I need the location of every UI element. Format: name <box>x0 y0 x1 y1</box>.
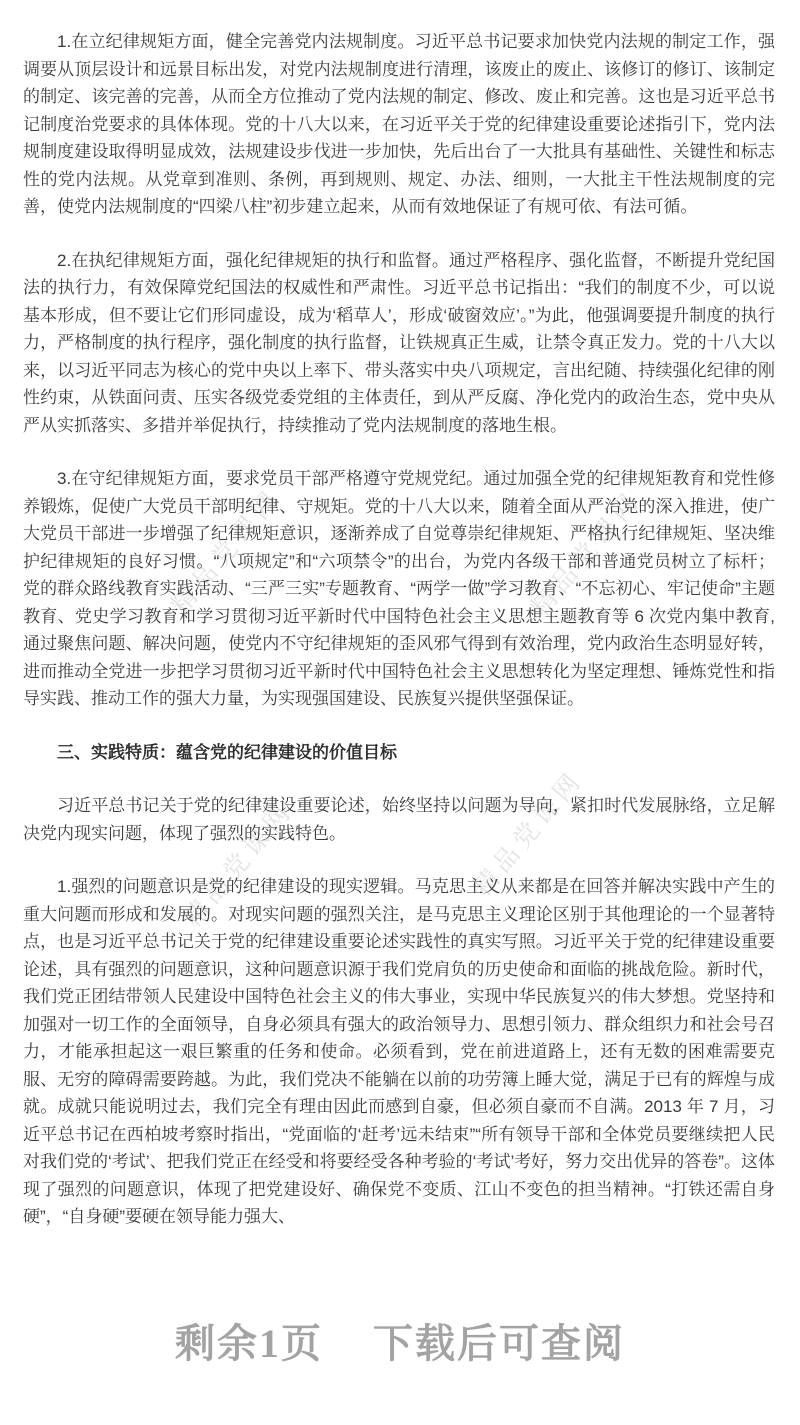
document-page: 精品党课网 精品党课网 精品党课网 精品党课网 1.在立纪律规矩方面，健全完善党… <box>0 0 800 1425</box>
remaining-pages-text: 剩余1页 <box>175 1321 323 1366</box>
document-body: 1.在立纪律规矩方面，健全完善党内法规制度。习近平总书记要求加快党内法规的制定工… <box>0 0 800 1231</box>
section-heading: 三、实践特质：蕴含党的纪律建设的价值目标 <box>23 739 775 767</box>
paragraph-discipline-rule-making: 1.在立纪律规矩方面，健全完善党内法规制度。习近平总书记要求加快党内法规的制定工… <box>23 28 775 221</box>
remaining-pages-banner: 剩余1页 下载后可查阅 <box>0 1312 800 1369</box>
download-hint-text: 下载后可查阅 <box>373 1321 625 1366</box>
paragraph-problem-awareness: 1.强烈的问题意识是党的纪律建设的现实逻辑。马克思主义从来都是在回答并解决实践中… <box>23 873 775 1231</box>
paragraph-discipline-observance: 3.在守纪律规矩方面，要求党员干部严格遵守党规党纪。通过加强全党的纪律规矩教育和… <box>23 465 775 713</box>
paragraph-practical-character-intro: 习近平总书记关于党的纪律建设重要论述，始终坚持以问题为导向，紧扣时代发展脉络，立… <box>23 792 775 847</box>
paragraph-discipline-enforcement: 2.在执纪律规矩方面，强化纪律规矩的执行和监督。通过严格程序、强化监督，不断提升… <box>23 247 775 440</box>
